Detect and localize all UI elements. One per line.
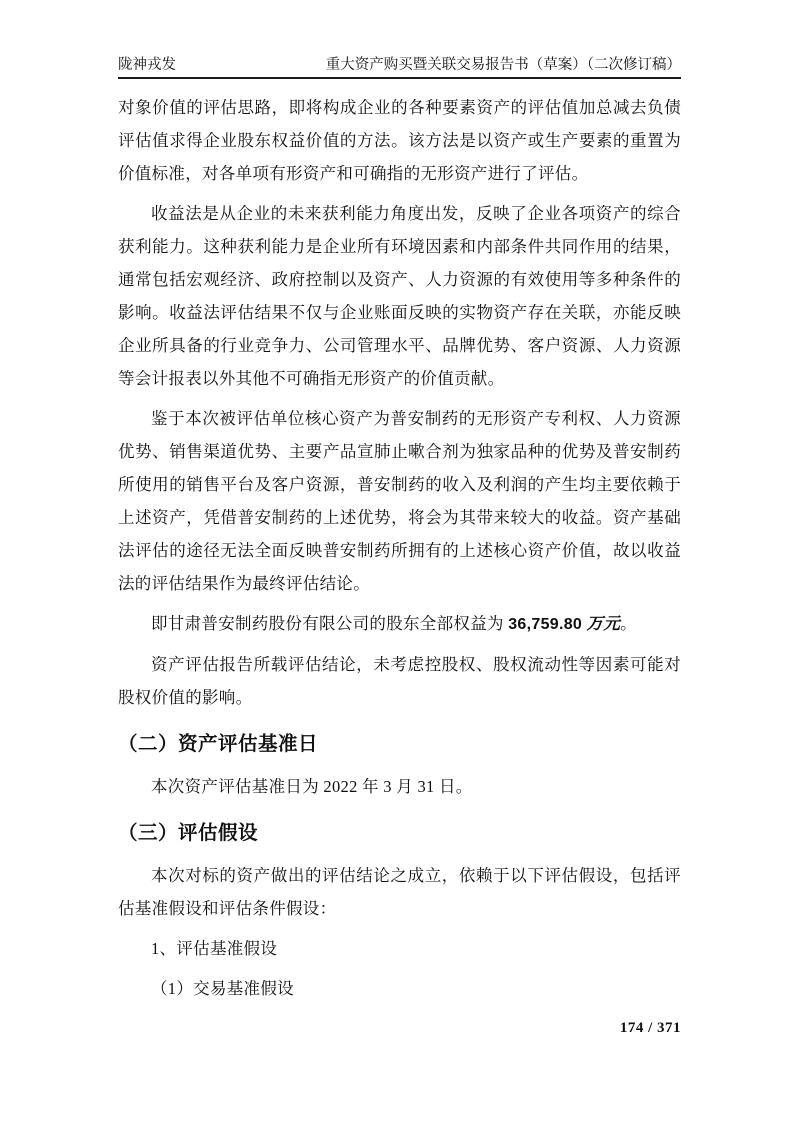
equity-value-amount: 36,759.80 bbox=[508, 616, 582, 633]
footer-page-number: 174 / 371 bbox=[620, 1020, 681, 1037]
section-heading-valuation-base-date: （二）资产评估基准日 bbox=[118, 731, 681, 757]
list-item-base-assumptions: 1、评估基准假设 bbox=[118, 932, 681, 965]
paragraph-report-note: 资产评估报告所载评估结论，未考虑控股权、股权流动性等因素可能对股权价值的影响。 bbox=[118, 648, 681, 714]
paragraph-valuation-conclusion: 即甘肃普安制药股份有限公司的股东全部权益为 36,759.80 万元。 bbox=[118, 607, 681, 641]
document-page: 陇神戎发 重大资产购买暨关联交易报告书（草案）（二次修订稿） 对象价值的评估思路… bbox=[0, 0, 793, 1122]
header-report-title: 重大资产购买暨关联交易报告书（草案）（二次修订稿） bbox=[326, 56, 681, 74]
equity-value-unit: 万元 bbox=[582, 614, 620, 633]
paragraph-income-method: 收益法是从企业的未来获利能力角度出发，反映了企业各项资产的综合获利能力。这种获利… bbox=[118, 197, 681, 395]
paragraph-assumptions-intro: 本次对标的资产做出的评估结论之成立，依赖于以下评估假设，包括评估基准假设和评估条… bbox=[118, 859, 681, 925]
conclusion-suffix: 。 bbox=[620, 614, 637, 633]
paragraph-core-assets: 鉴于本次被评估单位核心资产为普安制药的无形资产专利权、人力资源优势、销售渠道优势… bbox=[118, 402, 681, 600]
list-item-transaction-assumption: （1）交易基准假设 bbox=[118, 972, 681, 1005]
page-body: 对象价值的评估思路，即将构成企业的各种要素资产的评估值加总减去负债评估值求得企业… bbox=[118, 91, 681, 1005]
paragraph-asset-based-method-continuation: 对象价值的评估思路，即将构成企业的各种要素资产的评估值加总减去负债评估值求得企业… bbox=[118, 91, 681, 190]
paragraph-base-date: 本次资产评估基准日为 2022 年 3 月 31 日。 bbox=[118, 770, 681, 803]
conclusion-prefix: 即甘肃普安制药股份有限公司的股东全部权益为 bbox=[151, 614, 508, 633]
section-heading-valuation-assumptions: （三）评估假设 bbox=[118, 820, 681, 846]
page-header: 陇神戎发 重大资产购买暨关联交易报告书（草案）（二次修订稿） bbox=[118, 56, 681, 79]
header-company-name: 陇神戎发 bbox=[118, 56, 176, 74]
